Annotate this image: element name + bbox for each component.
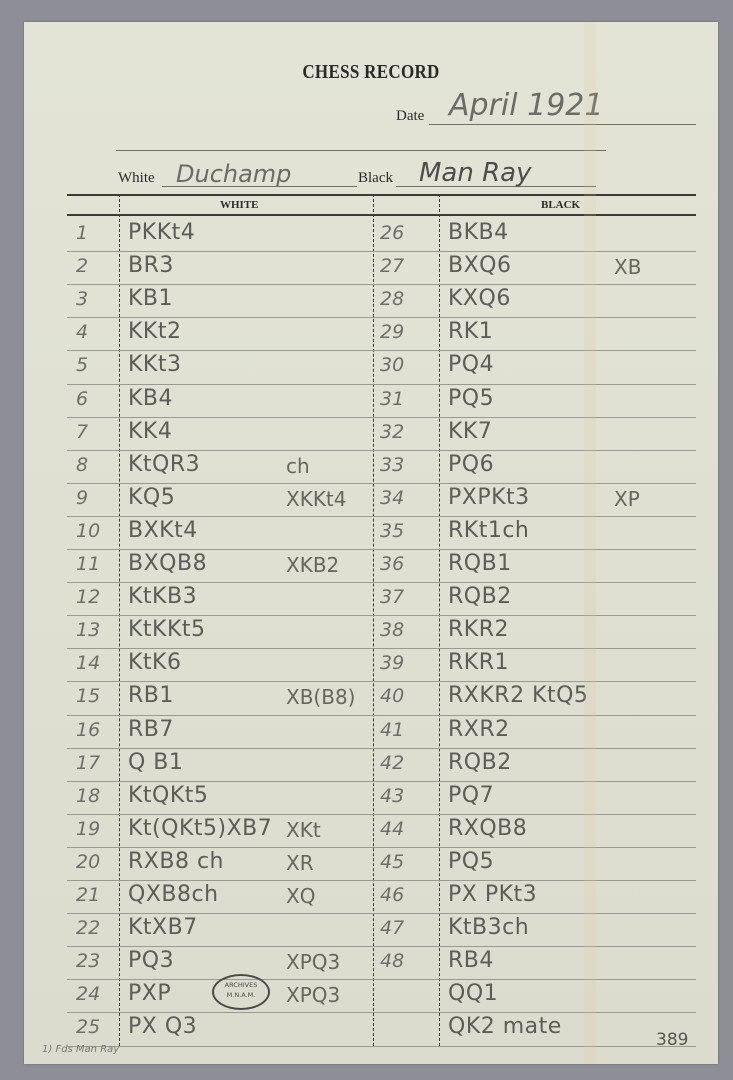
column-divider <box>439 194 440 1046</box>
white-move-annotation: XKKt4 <box>286 487 347 511</box>
row-rule <box>67 681 696 682</box>
white-move-annotation: XKt <box>286 818 321 842</box>
black-move: RXKR2 KtQ5 <box>448 683 588 708</box>
row-rule <box>67 582 696 583</box>
white-move: KtKKt5 <box>128 617 206 642</box>
archives-stamp: ARCHIVES M.N.A.M. <box>212 974 270 1010</box>
black-move: RKt1ch <box>448 518 529 543</box>
row-rule <box>67 847 696 848</box>
black-move: PQ5 <box>448 386 494 411</box>
black-move-number: 47 <box>380 917 404 939</box>
white-move: KtXB7 <box>128 915 198 940</box>
white-move-number: 21 <box>76 884 100 906</box>
black-move: KK7 <box>448 419 492 444</box>
white-move: KB4 <box>128 386 173 411</box>
black-move: RK1 <box>448 319 493 344</box>
black-move: PX PKt3 <box>448 882 537 907</box>
white-move: RXB8 ch <box>128 849 224 874</box>
black-move-number: 38 <box>380 619 404 641</box>
white-move-number: 7 <box>76 421 88 443</box>
row-rule <box>67 516 696 517</box>
column-header-black: BLACK <box>541 199 580 211</box>
black-move: RXQB8 <box>448 816 527 841</box>
black-label: Black <box>358 170 393 187</box>
white-move-annotation: XB(B8) <box>286 685 355 709</box>
white-move-number: 17 <box>76 752 100 774</box>
white-move-number: 3 <box>76 288 88 310</box>
row-rule <box>67 913 696 914</box>
white-move-number: 9 <box>76 487 88 509</box>
row-rule <box>67 648 696 649</box>
white-move-number: 24 <box>76 983 100 1005</box>
row-rule <box>67 979 696 980</box>
white-move: QXB8ch <box>128 882 219 907</box>
white-move: KtK6 <box>128 650 181 675</box>
row-rule <box>67 549 696 550</box>
white-move: RB7 <box>128 717 174 742</box>
white-move-number: 13 <box>76 619 100 641</box>
black-move: PXPKt3 <box>448 485 530 510</box>
black-move-number: 41 <box>380 719 404 741</box>
black-move: KXQ6 <box>448 286 511 311</box>
white-move-number: 23 <box>76 950 100 972</box>
black-move-number: 43 <box>380 785 404 807</box>
black-move: RB4 <box>448 948 494 973</box>
black-move: PQ4 <box>448 352 494 377</box>
white-move-annotation: ch <box>286 454 310 478</box>
white-move-number: 6 <box>76 388 88 410</box>
white-move: KKt3 <box>128 352 181 377</box>
archive-footnote: 1) Fds Man Ray <box>42 1044 119 1055</box>
white-move-number: 10 <box>76 520 100 542</box>
white-move: BXKt4 <box>128 518 198 543</box>
row-rule <box>67 715 696 716</box>
white-move: KQ5 <box>128 485 175 510</box>
white-move: PXP <box>128 981 171 1006</box>
black-move-number: 29 <box>380 321 404 343</box>
row-rule <box>67 384 696 385</box>
column-header-white: WHITE <box>220 199 259 211</box>
row-rule <box>67 483 696 484</box>
white-move: KtQR3 <box>128 452 200 477</box>
column-divider <box>373 194 374 1046</box>
stamp-line-1: ARCHIVES <box>214 980 268 990</box>
date-line <box>429 124 696 125</box>
white-move-annotation: XPQ3 <box>286 950 340 974</box>
black-move: PQ5 <box>448 849 494 874</box>
document-title: CHESS RECORD <box>24 61 718 84</box>
stamp-line-2: M.N.A.M. <box>214 990 268 1000</box>
white-move-annotation: XKB2 <box>286 553 339 577</box>
row-rule <box>67 814 696 815</box>
white-move-number: 8 <box>76 454 88 476</box>
row-rule <box>67 417 696 418</box>
black-move-number: 39 <box>380 652 404 674</box>
white-move-annotation: XPQ3 <box>286 983 340 1007</box>
black-move-number: 31 <box>380 388 404 410</box>
white-move: KK4 <box>128 419 172 444</box>
row-rule <box>67 748 696 749</box>
row-rule <box>67 284 696 285</box>
row-rule <box>67 781 696 782</box>
row-rule <box>67 450 696 451</box>
black-move-number: 35 <box>380 520 404 542</box>
black-move-number: 32 <box>380 421 404 443</box>
black-move-number: 42 <box>380 752 404 774</box>
black-move-number: 44 <box>380 818 404 840</box>
white-move: KtKB3 <box>128 584 197 609</box>
black-move: QQ1 <box>448 981 498 1006</box>
white-move-number: 14 <box>76 652 100 674</box>
black-move: BKB4 <box>448 220 509 245</box>
white-move-number: 5 <box>76 354 88 376</box>
black-move-annotation: XP <box>614 487 640 511</box>
white-move-number: 12 <box>76 586 100 608</box>
white-move: KB1 <box>128 286 173 311</box>
page-number: 389 <box>656 1030 688 1050</box>
white-move: RB1 <box>128 683 174 708</box>
black-move: BXQ6 <box>448 253 511 278</box>
date-value: April 1921 <box>449 88 603 123</box>
black-move-number: 30 <box>380 354 404 376</box>
black-move: PQ7 <box>448 783 494 808</box>
black-move: RQB1 <box>448 551 512 576</box>
black-move-number: 48 <box>380 950 404 972</box>
white-move: Kt(QKt5)XB7 <box>128 816 272 841</box>
header-rule-top <box>67 194 696 196</box>
black-move: QK2 mate <box>448 1014 562 1039</box>
row-rule <box>67 1046 696 1047</box>
white-move: BXQB8 <box>128 551 207 576</box>
white-move: PX Q3 <box>128 1014 197 1039</box>
black-move: RXR2 <box>448 717 510 742</box>
white-move-number: 4 <box>76 321 88 343</box>
white-move: KKt2 <box>128 319 181 344</box>
white-move-number: 18 <box>76 785 100 807</box>
white-label: White <box>118 170 155 187</box>
black-move: RKR1 <box>448 650 509 675</box>
row-rule <box>67 317 696 318</box>
row-rule <box>67 880 696 881</box>
black-move-number: 28 <box>380 288 404 310</box>
white-move: Q B1 <box>128 750 183 775</box>
row-rule <box>67 946 696 947</box>
black-move: RQB2 <box>448 584 512 609</box>
white-move-number: 25 <box>76 1016 100 1038</box>
row-rule <box>67 1012 696 1013</box>
black-move-number: 34 <box>380 487 404 509</box>
black-move: KtB3ch <box>448 915 529 940</box>
black-move-number: 26 <box>380 222 404 244</box>
row-rule <box>67 350 696 351</box>
black-move-number: 46 <box>380 884 404 906</box>
row-rule <box>67 251 696 252</box>
black-move-number: 27 <box>380 255 404 277</box>
column-divider <box>119 194 120 1046</box>
black-move-number: 33 <box>380 454 404 476</box>
white-move-annotation: XQ <box>286 884 315 908</box>
white-move-number: 11 <box>76 553 100 575</box>
white-move-annotation: XR <box>286 851 314 875</box>
black-player: Man Ray <box>419 158 532 188</box>
white-player: Duchamp <box>176 160 291 188</box>
white-move: KtQKt5 <box>128 783 208 808</box>
black-move: RKR2 <box>448 617 509 642</box>
date-label: Date <box>396 108 424 125</box>
white-move-number: 19 <box>76 818 100 840</box>
white-move-number: 16 <box>76 719 100 741</box>
row-rule <box>67 615 696 616</box>
white-move: PKKt4 <box>128 220 195 245</box>
white-move-number: 22 <box>76 917 100 939</box>
blank-line <box>116 150 606 151</box>
white-move: PQ3 <box>128 948 174 973</box>
white-move-number: 15 <box>76 685 100 707</box>
black-move: RQB2 <box>448 750 512 775</box>
black-move: PQ6 <box>448 452 494 477</box>
black-move-number: 40 <box>380 685 404 707</box>
white-move-number: 2 <box>76 255 88 277</box>
black-move-number: 36 <box>380 553 404 575</box>
header-rule-bottom <box>67 214 696 216</box>
chess-record-sheet: CHESS RECORD Date April 1921 White Ducha… <box>24 22 718 1064</box>
black-move-number: 45 <box>380 851 404 873</box>
black-move-number: 37 <box>380 586 404 608</box>
black-move-annotation: XB <box>614 255 641 279</box>
white-move-number: 20 <box>76 851 100 873</box>
white-move-number: 1 <box>76 222 88 244</box>
white-move: BR3 <box>128 253 174 278</box>
